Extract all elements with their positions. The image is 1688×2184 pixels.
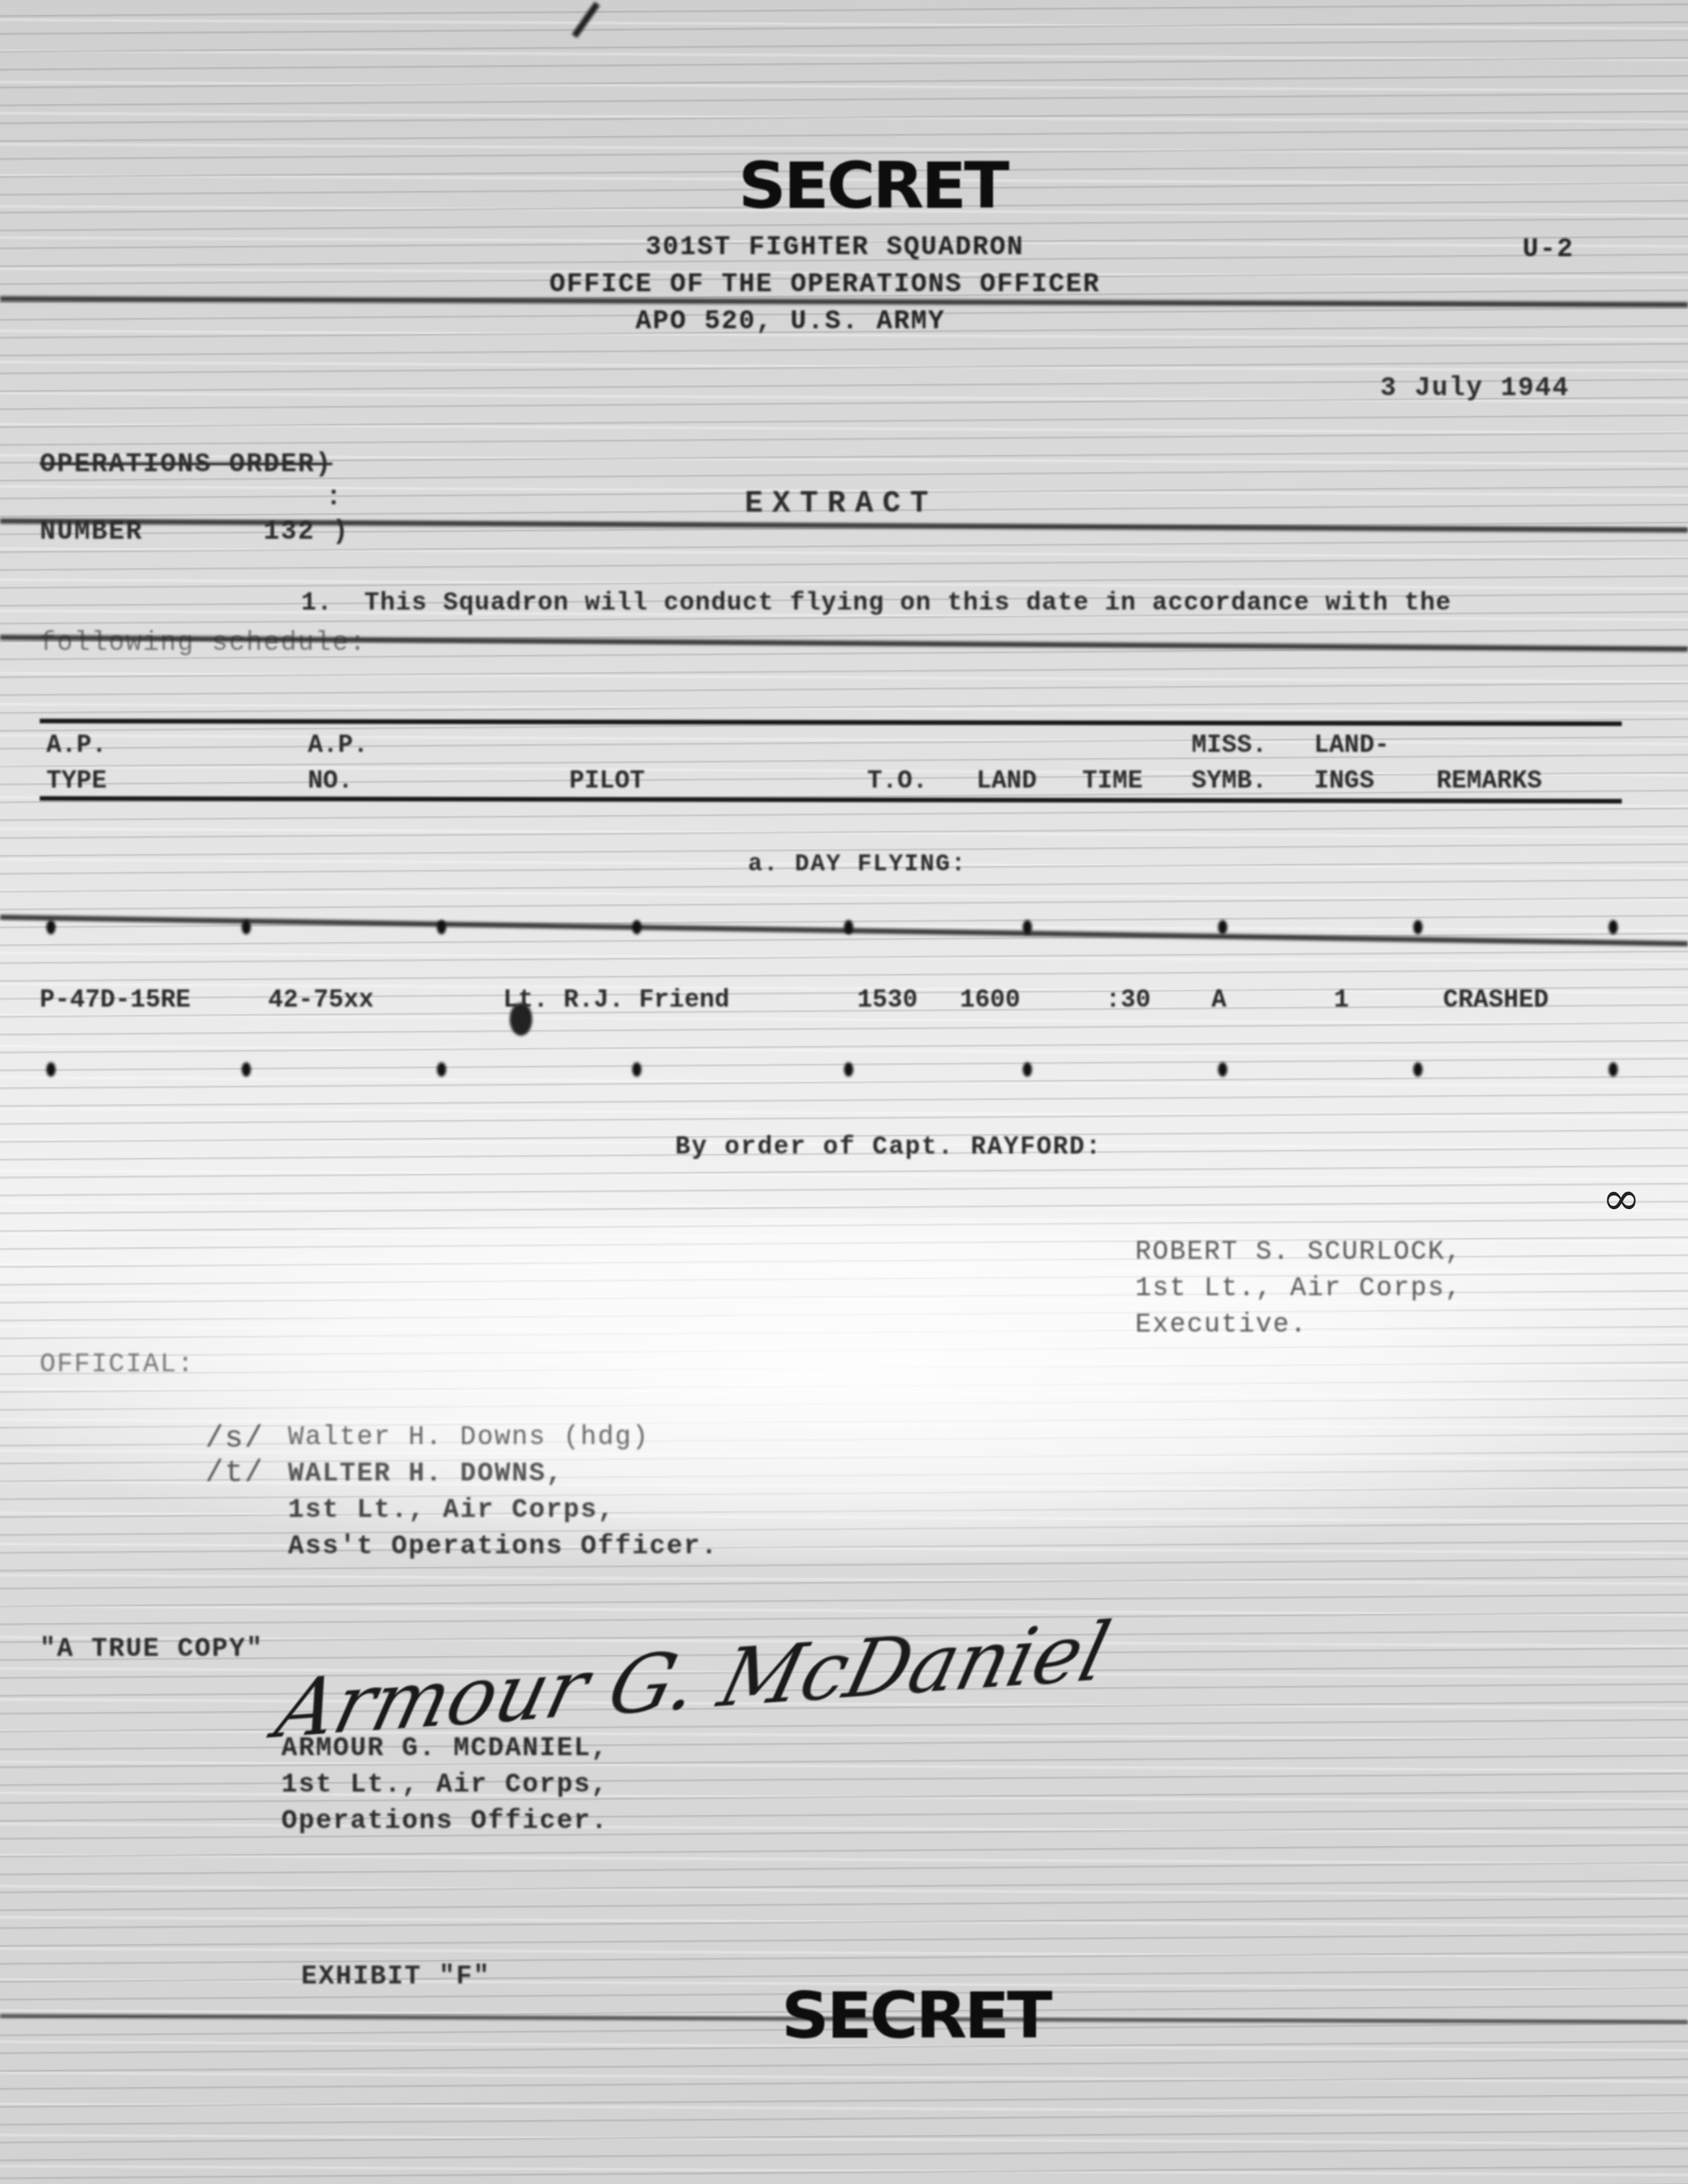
office-name: OFFICE OF THE OPERATIONS OFFICER [549,270,1100,300]
document-date: 3 July 1944 [1380,374,1570,404]
header-to: T.O. [867,728,927,799]
cell-to: 1530 [857,983,917,1019]
asterisk-icon [844,920,853,934]
asterisk-icon [46,1062,56,1077]
asterisk-icon [1609,1062,1618,1077]
true-copy-name: ARMOUR G. MCDANIEL, [281,1734,608,1764]
official-rank: 1st Lt., Air Corps, [288,1496,615,1525]
cell-miss-symb: A [1211,983,1227,1019]
paragraph-1-line-2: following schedule: [40,629,367,659]
apo-address: APO 520, U.S. ARMY [635,307,945,337]
executive-name: ROBERT S. SCURLOCK, [1135,1238,1462,1267]
asterisk-icon [437,920,446,934]
asterisk-icon [46,920,56,934]
executive-title: Executive. [1135,1310,1307,1340]
page-code: U-2 [1523,235,1574,265]
official-s-mark: /s/ [205,1422,264,1456]
true-copy-label: "A TRUE COPY" [40,1635,263,1664]
asterisk-icon [437,1062,446,1077]
classification-stamp-bottom: SECRET [781,1979,1049,2053]
extract-title: EXTRACT [745,486,937,521]
official-signed-name: Walter H. Downs (hdg) [288,1423,649,1453]
cell-ap-no: 42-75xx [268,983,374,1019]
cell-ap-type: P-47D-15RE [40,983,191,1019]
header-land: LAND [976,728,1037,799]
header-remarks: REMARKS [1436,728,1542,799]
order-number-label: NUMBER 132 ) [40,518,350,547]
asterisk-icon [1023,920,1032,934]
executive-rank: 1st Lt., Air Corps, [1135,1274,1462,1304]
official-typed-name: WALTER H. DOWNS, [288,1459,563,1489]
asterisk-icon [1413,920,1423,934]
asterisk-icon [242,920,251,934]
asterisk-icon [242,1062,251,1077]
true-copy-rank: 1st Lt., Air Corps, [281,1770,608,1800]
cell-land: 1600 [960,983,1020,1019]
official-title: Ass't Operations Officer. [288,1532,718,1562]
handwritten-flourish: ∞ [1602,1171,1640,1226]
ink-blot [510,1003,532,1036]
cell-time: :30 [1105,983,1150,1019]
order-label-colon: : [326,483,343,513]
header-landings: LAND- INGS [1314,728,1389,799]
header-ap-type: A.P. TYPE [46,728,107,799]
exhibit-label: EXHIBIT "F" [301,1962,491,1992]
section-day-flying: a. DAY FLYING: [748,850,966,878]
asterisk-icon [632,1062,641,1077]
asterisk-icon [1218,1062,1227,1077]
official-label: OFFICIAL: [40,1350,195,1380]
classification-stamp-top: SECRET [738,149,1006,223]
header-time: TIME [1082,728,1143,799]
overexposed-band [0,1218,1688,1562]
header-pilot: PILOT [569,728,645,799]
authority-line: By order of Capt. RAYFORD: [675,1133,1102,1161]
asterisk-icon [844,1062,853,1077]
header-miss-symb: MISS. SYMB. [1192,728,1267,799]
asterisk-icon [632,920,641,934]
asterisk-icon [1609,920,1618,934]
paragraph-1-line-1: 1. This Squadron will conduct flying on … [301,589,1452,617]
official-t-mark: /t/ [205,1456,264,1490]
cell-pilot: Lt. R.J. Friend [503,983,729,1019]
cell-remarks: CRASHED [1443,983,1549,1019]
asterisk-icon [1413,1062,1423,1077]
unit-name: 301ST FIGHTER SQUADRON [645,233,1024,263]
true-copy-title: Operations Officer. [281,1807,608,1837]
asterisk-icon [1023,1062,1032,1077]
cell-landings: 1 [1334,983,1349,1019]
header-ap-no: A.P. NO. [308,728,368,799]
asterisk-icon [1218,920,1227,934]
operations-order-label: OPERATIONS ORDER) [40,450,332,480]
